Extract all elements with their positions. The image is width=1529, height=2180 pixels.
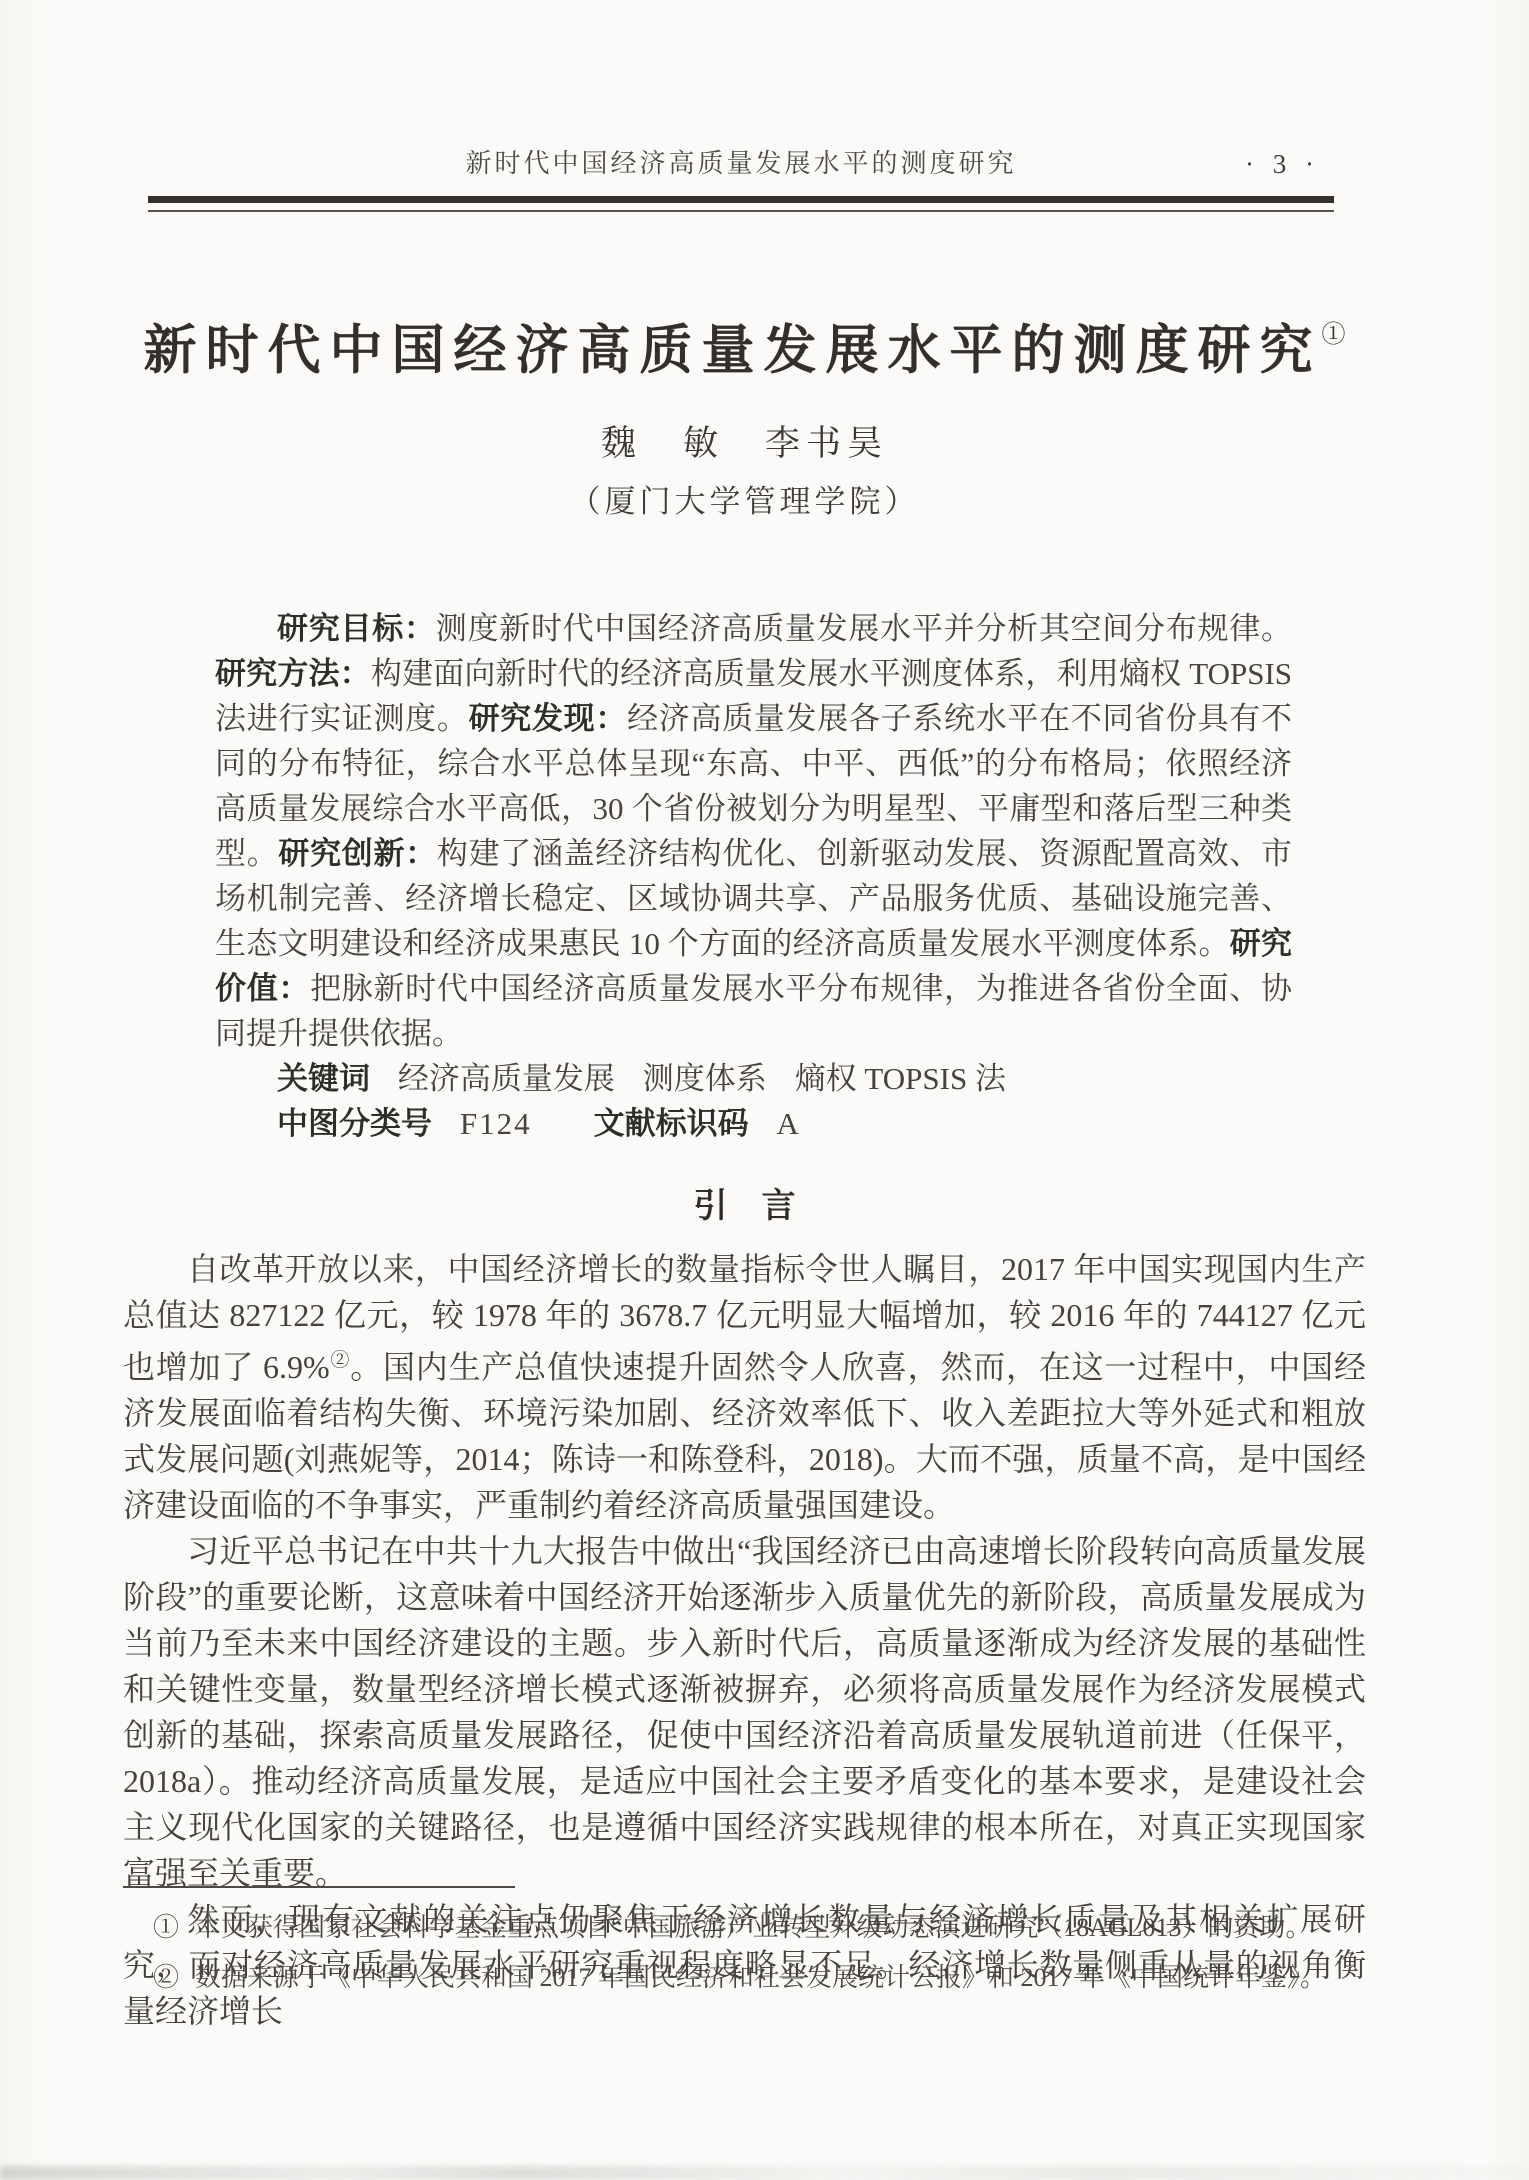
doc-type-value: A <box>777 1106 800 1141</box>
running-header: 新时代中国经济高质量发展水平的测度研究 · 3 · <box>148 146 1334 186</box>
abstract-goal-label: 研究目标： <box>277 611 436 646</box>
article-title: 新时代中国经济高质量发展水平的测度研究① <box>123 298 1366 388</box>
section-heading-introduction: 引 言 <box>123 1186 1366 1228</box>
abstract-findings-label: 研究发现： <box>469 701 627 736</box>
keyword-item: 经济高质量发展 <box>398 1061 615 1096</box>
abstract-paragraph: 研究目标：测度新时代中国经济高质量发展水平并分析其空间分布规律。研究方法：构建面… <box>215 606 1292 1056</box>
title-footnote-marker: ① <box>1322 322 1346 348</box>
clc-value: F124 <box>460 1106 532 1141</box>
footnote-1-marker: ① <box>153 1906 179 1950</box>
footnote-1-text: 本文获得国家社会科学基金重点项目“中国旅游产业转型升级动态演进研究”（18AGL… <box>195 1906 1403 1950</box>
intro-paragraph-1: 自改革开放以来，中国经济增长的数量指标令世人瞩目，2017 年中国实现国内生产总… <box>123 1246 1366 1528</box>
abstract-value-text: 把脉新时代中国经济高质量发展水平分布规律，为推进各省份全面、协同提升提供依据。 <box>215 971 1292 1051</box>
footnote-2-text: 数据来源于《中华人民共和国 2017 年国民经济和社会发展统计公报》和 2017… <box>195 1956 1403 2000</box>
abstract-block: 研究目标：测度新时代中国经济高质量发展水平并分析其空间分布规律。研究方法：构建面… <box>215 606 1292 1146</box>
footnote-1: ① 本文获得国家社会科学基金重点项目“中国旅游产业转型升级动态演进研究”（18A… <box>123 1906 1403 1950</box>
article-title-text: 新时代中国经济高质量发展水平的测度研究 <box>144 322 1322 380</box>
doc-type-label: 文献标识码 <box>594 1106 749 1141</box>
intro-paragraph-2: 习近平总书记在中共十九大报告中做出“我国经济已由高速增长阶段转向高质量发展阶段”… <box>123 1528 1366 1896</box>
scanned-page: 新时代中国经济高质量发展水平的测度研究 · 3 · 新时代中国经济高质量发展水平… <box>0 0 1529 2180</box>
scan-artifact <box>0 2166 1529 2180</box>
running-title: 新时代中国经济高质量发展水平的测度研究 <box>148 146 1334 182</box>
affiliation: （厦门大学管理学院） <box>123 482 1366 522</box>
footnote-2-reference-marker: ② <box>330 1350 351 1371</box>
keywords-label: 关键词 <box>277 1061 370 1096</box>
footnote-divider <box>123 1886 515 1888</box>
keywords-line: 关键词经济高质量发展测度体系熵权 TOPSIS 法 <box>215 1056 1292 1101</box>
keyword-item: 测度体系 <box>643 1061 767 1096</box>
classification-line: 中图分类号F124文献标识码A <box>215 1101 1292 1146</box>
header-rule-thin <box>148 210 1334 212</box>
abstract-method-label: 研究方法： <box>215 656 371 691</box>
article-content: 新时代中国经济高质量发展水平的测度研究① 魏 敏 李书昊 （厦门大学管理学院） … <box>123 278 1366 2034</box>
keyword-item: 熵权 TOPSIS 法 <box>795 1061 1006 1096</box>
abstract-innovation-label: 研究创新： <box>278 836 436 871</box>
footnote-2: ② 数据来源于《中华人民共和国 2017 年国民经济和社会发展统计公报》和 20… <box>123 1956 1403 2000</box>
clc-label: 中图分类号 <box>277 1106 432 1141</box>
footnote-2-marker: ② <box>153 1956 179 2000</box>
abstract-goal-text: 测度新时代中国经济高质量发展水平并分析其空间分布规律。 <box>436 611 1292 646</box>
footnotes-block: ① 本文获得国家社会科学基金重点项目“中国旅游产业转型升级动态演进研究”（18A… <box>123 1886 1403 2006</box>
page-number: · 3 · <box>1245 146 1320 182</box>
header-rule-thick <box>148 196 1334 203</box>
authors: 魏 敏 李书昊 <box>123 422 1366 466</box>
